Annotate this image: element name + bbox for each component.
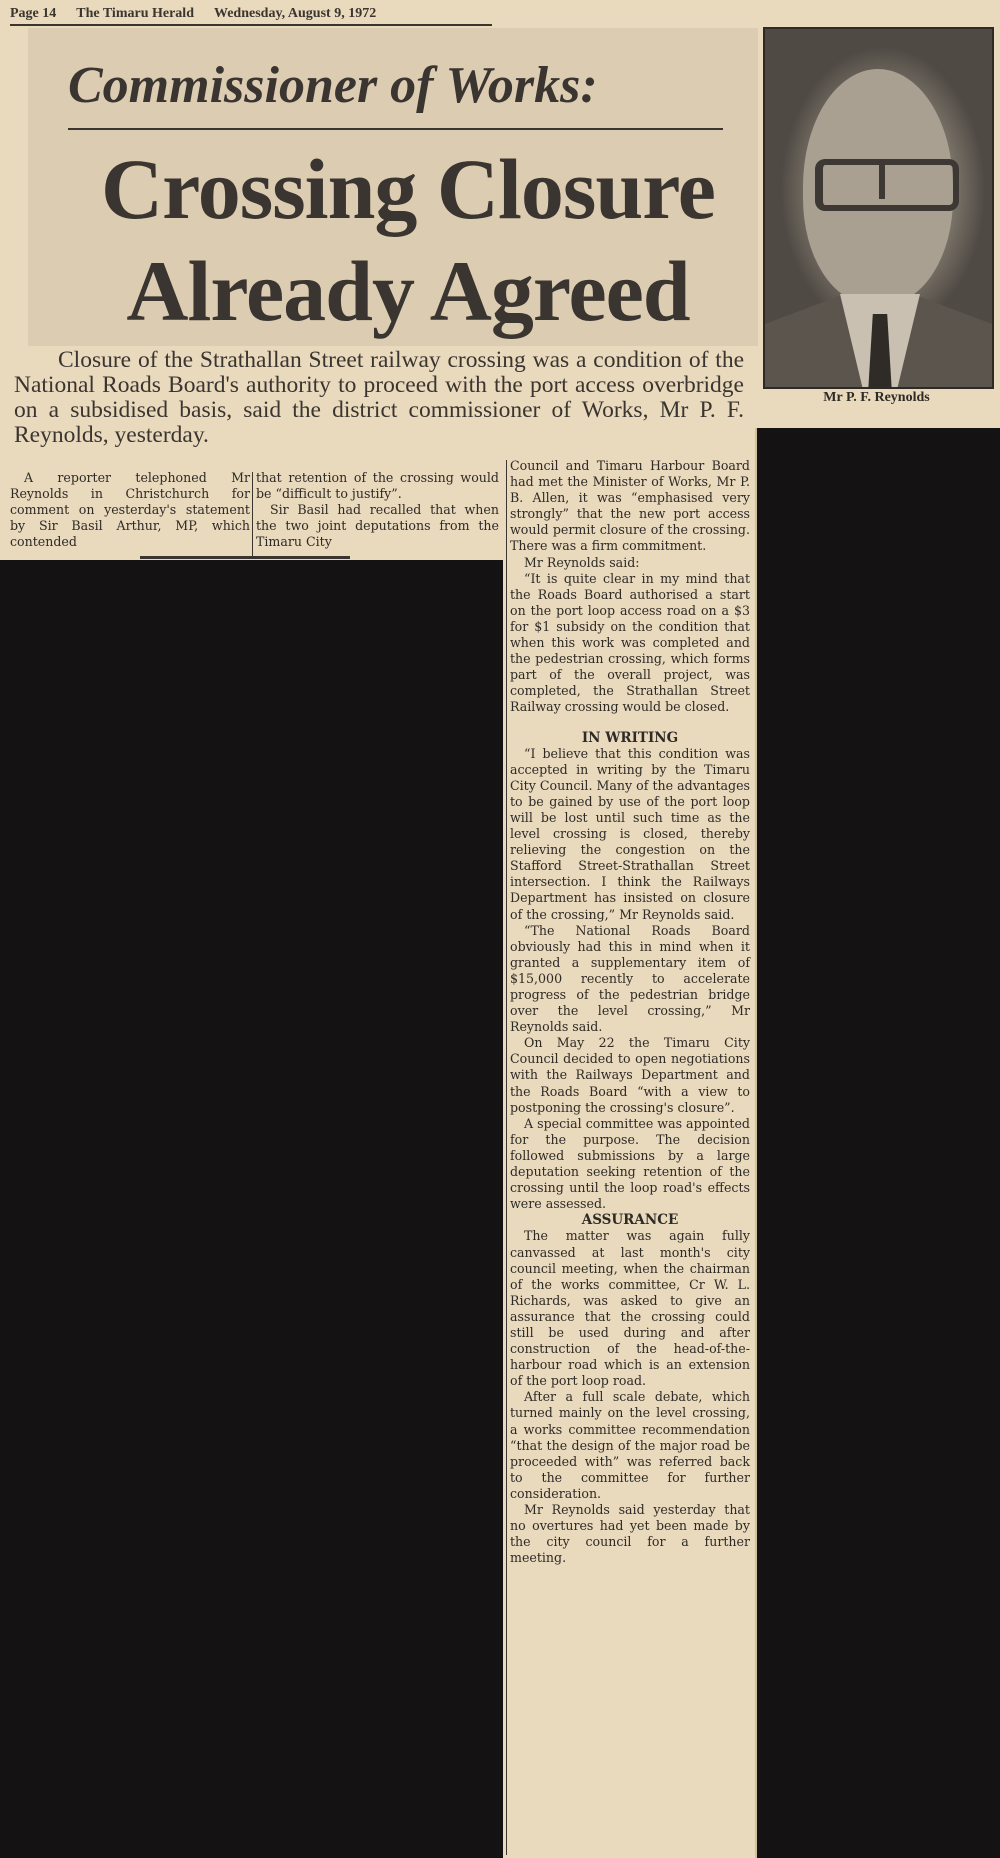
newspaper-name: The Timaru Herald	[76, 6, 194, 22]
issue-date: Wednesday, August 9, 1972	[214, 6, 376, 22]
headline: Crossing Closure Already Agreed	[68, 138, 748, 342]
photo-glasses	[815, 159, 959, 211]
paragraph: Sir Basil had recalled that when the two…	[256, 502, 499, 550]
headline-line-1: Crossing Closure	[68, 138, 748, 240]
portrait-photo-icon	[763, 27, 994, 389]
headline-line-2: Already Agreed	[68, 240, 748, 342]
dark-background-left	[0, 560, 503, 1858]
paragraph: “I believe that this condition was accep…	[510, 746, 750, 923]
headline-box: Commissioner of Works: Crossing Closure …	[28, 28, 758, 346]
article-column-3: Council and Timaru Harbour Board had met…	[510, 458, 750, 1566]
photo-caption: Mr P. F. Reynolds	[763, 390, 990, 406]
paragraph: Mr Reynolds said:	[510, 555, 750, 571]
column-bottom-rule	[140, 556, 350, 559]
paragraph: that retention of the crossing would be …	[256, 470, 499, 502]
dark-background-right	[755, 428, 1000, 1858]
paragraph: “The National Roads Board obviously had …	[510, 923, 750, 1036]
page-number: Page 14	[10, 6, 56, 22]
column-rule	[252, 472, 253, 556]
lede-paragraph: Closure of the Strathallan Street railwa…	[14, 348, 744, 448]
article-column-2: that retention of the crossing would be …	[256, 470, 499, 550]
paragraph: A special committee was appointed for th…	[510, 1116, 750, 1213]
column-rule	[506, 460, 507, 1855]
article-column-1: A reporter telephoned Mr Reynolds in Chr…	[10, 470, 250, 550]
paragraph: A reporter telephoned Mr Reynolds in Chr…	[10, 470, 250, 550]
subhead-assurance: ASSURANCE	[510, 1212, 750, 1228]
paragraph: The matter was again fully canvassed at …	[510, 1228, 750, 1389]
paragraph: On May 22 the Timaru City Council decide…	[510, 1035, 750, 1115]
kicker: Commissioner of Works:	[68, 56, 728, 115]
paragraph: “It is quite clear in my mind that the R…	[510, 571, 750, 716]
paragraph: After a full scale debate, which turned …	[510, 1389, 750, 1502]
masthead: Page 14 The Timaru Herald Wednesday, Aug…	[10, 6, 492, 26]
paragraph: Council and Timaru Harbour Board had met…	[510, 458, 750, 555]
kicker-rule	[68, 128, 723, 130]
subhead-in-writing: IN WRITING	[510, 730, 750, 746]
paragraph: Mr Reynolds said yesterday that no overt…	[510, 1502, 750, 1566]
